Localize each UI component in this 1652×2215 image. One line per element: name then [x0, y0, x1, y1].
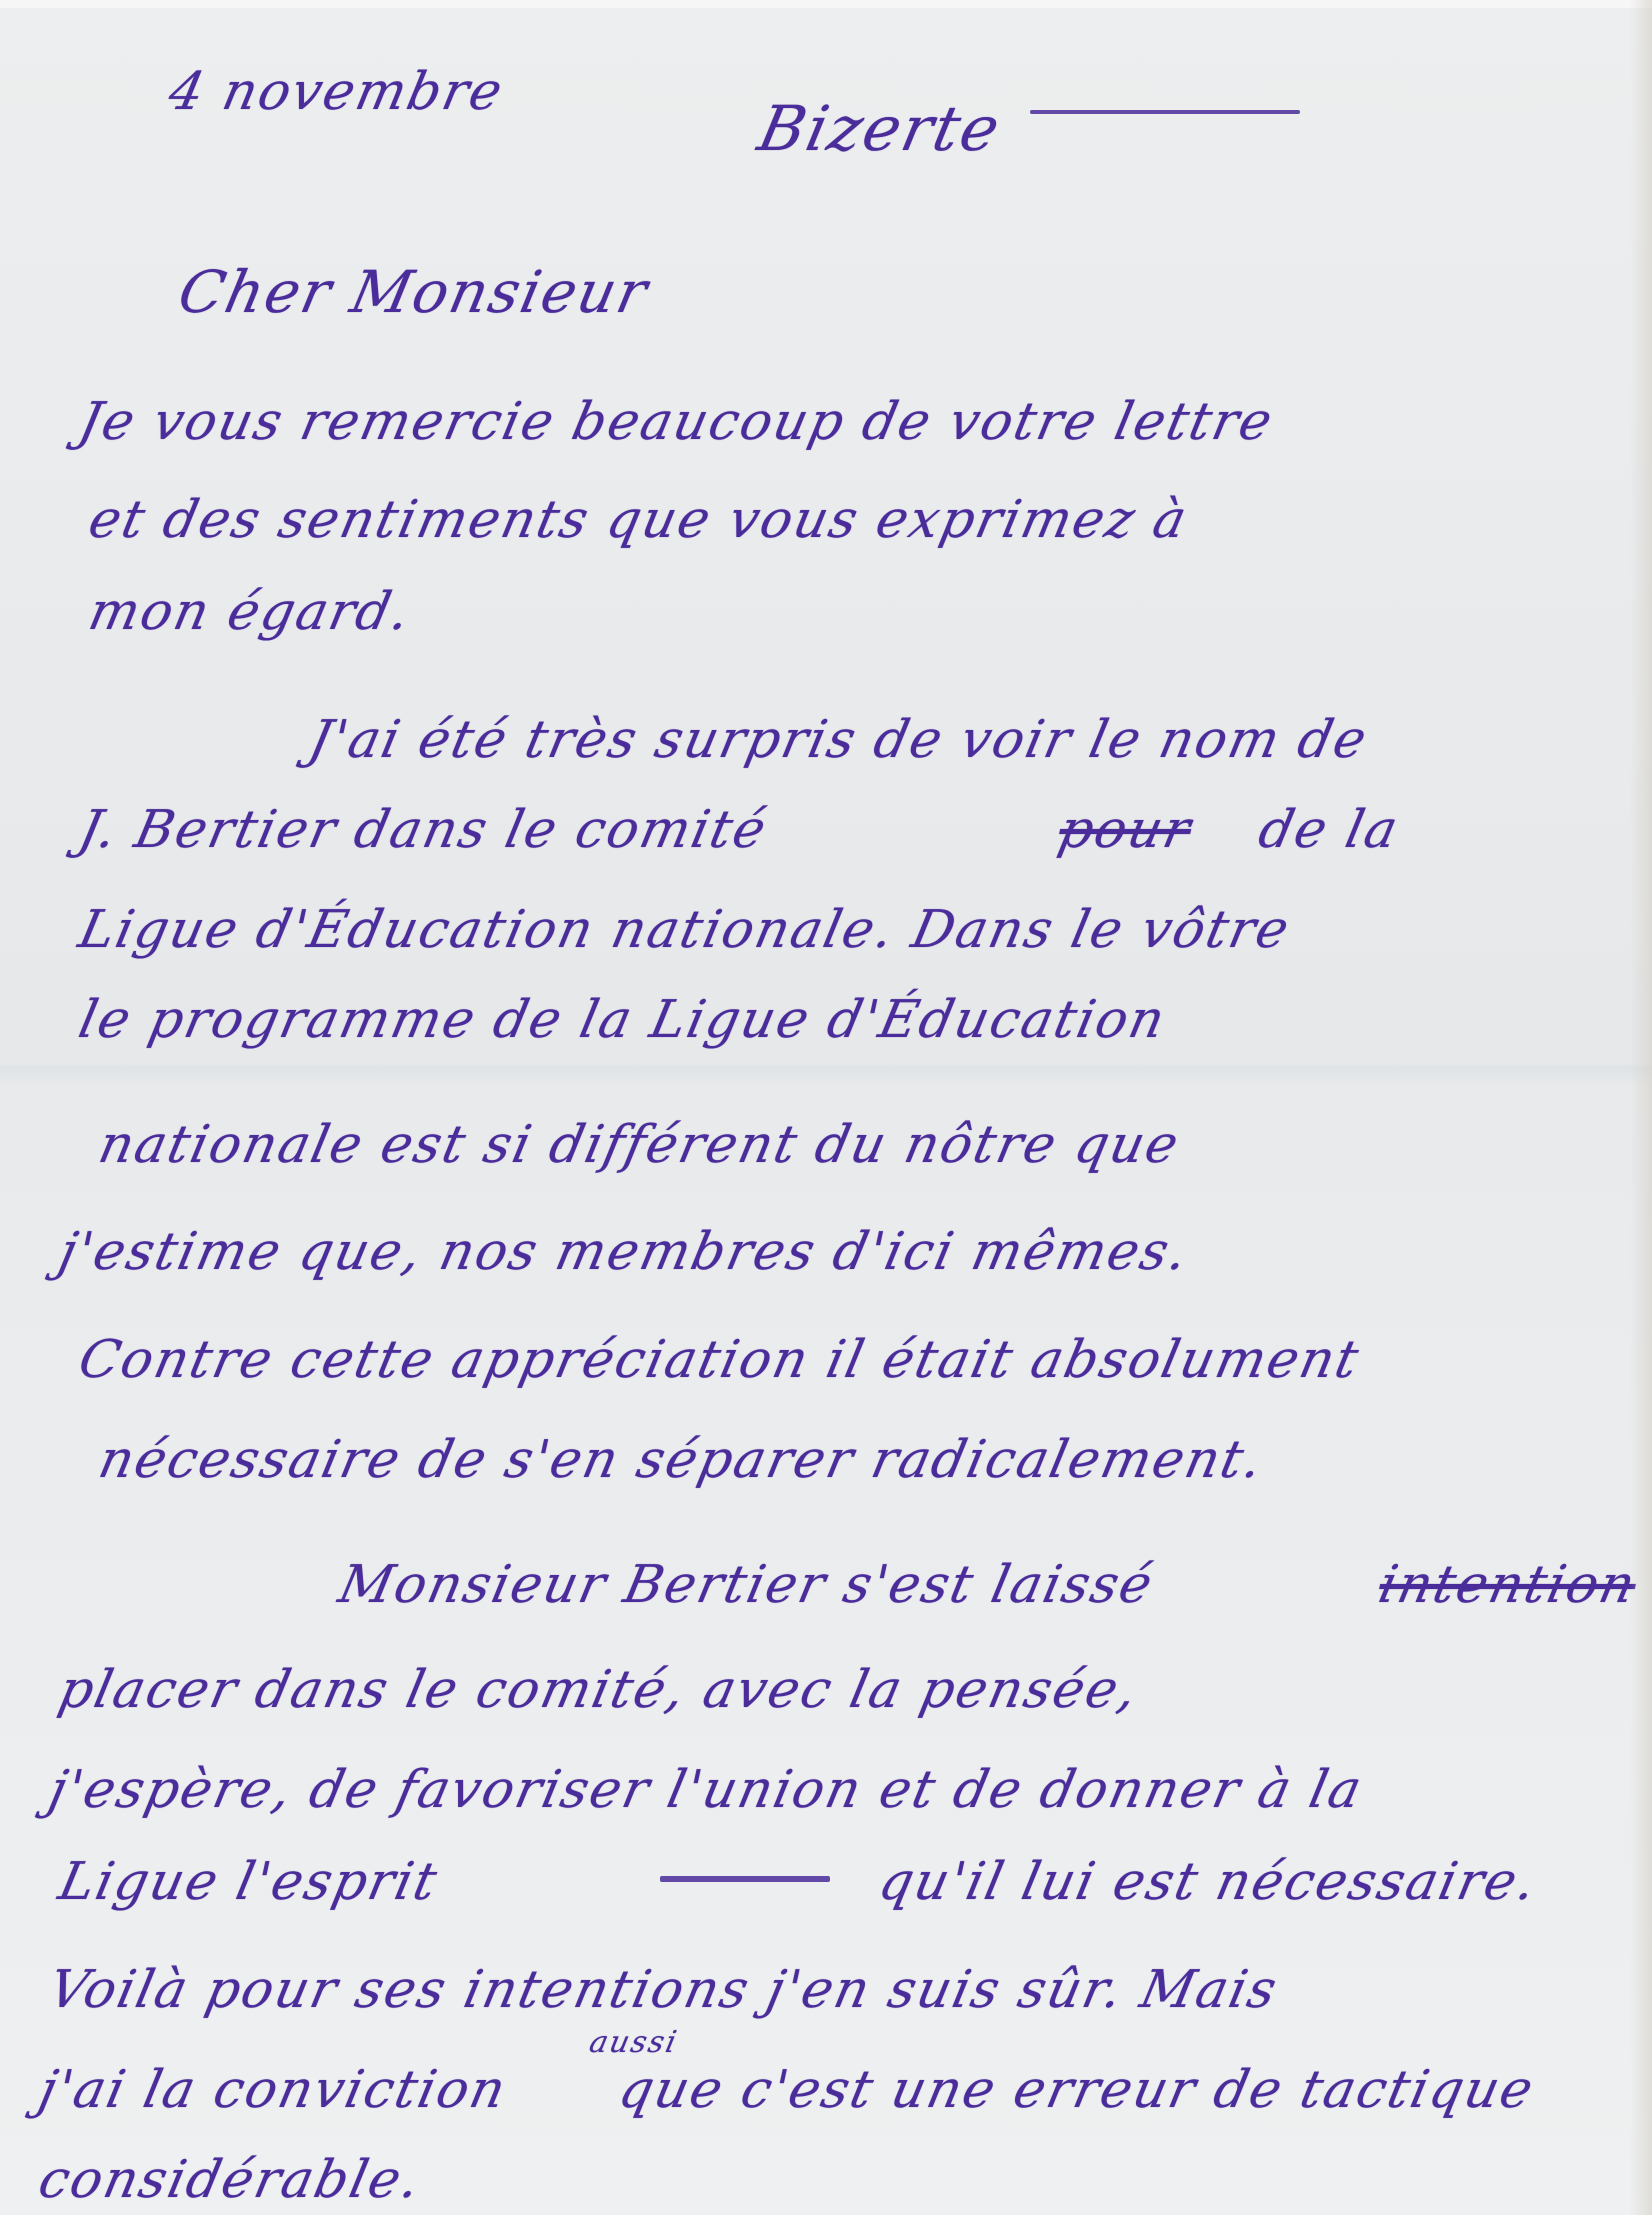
letter-line: qu'il lui est nécessaire. — [874, 1852, 1543, 1912]
letter-line: j'espère, de favoriser l'union et de don… — [44, 1760, 1369, 1820]
letter-line: que c'est une erreur de tactique — [614, 2060, 1540, 2120]
letter-line: nécessaire de s'en séparer radicalement. — [94, 1430, 1270, 1490]
letter-page: 4 novembre Bizerte Cher Monsieur Je vous… — [0, 0, 1652, 2215]
letter-line: mon égard. — [84, 582, 417, 642]
letter-place: Bizerte — [752, 92, 1008, 165]
letter-date: 4 novembre — [164, 62, 510, 122]
letter-line: Voilà pour ses intentions j'en suis sûr.… — [44, 1960, 1284, 2020]
paper-top-edge — [0, 0, 1652, 8]
place-underline — [1030, 110, 1300, 114]
letter-line: nationale est si différent du nôtre que — [94, 1115, 1186, 1175]
strike-mark — [660, 1876, 830, 1882]
letter-line: placer dans le comité, avec la pensée, — [54, 1660, 1144, 1720]
letter-line: Contre cette appréciation il était absol… — [74, 1330, 1366, 1390]
struck-word: pour — [1054, 800, 1198, 860]
letter-line: et des sentiments que vous exprimez à — [84, 490, 1194, 550]
letter-line: Monsieur Bertier s'est laissé — [334, 1555, 1160, 1615]
letter-line: le programme de la Ligue d'Éducation — [74, 990, 1172, 1050]
letter-line: J'ai été très surpris de voir le nom de — [304, 710, 1374, 770]
insertion-above: aussi — [586, 2025, 681, 2060]
salutation: Cher Monsieur — [173, 258, 655, 326]
letter-line: de la — [1254, 800, 1405, 860]
struck-word: intention — [1374, 1555, 1642, 1615]
letter-line: j'ai la conviction — [34, 2060, 513, 2120]
letter-line: j'estime que, nos membres d'ici mêmes. — [54, 1222, 1195, 1282]
letter-line: J. Bertier dans le comité — [74, 800, 773, 860]
letter-line: Ligue l'esprit — [54, 1852, 444, 1912]
letter-line: Ligue d'Éducation nationale. Dans le vôt… — [74, 900, 1296, 960]
letter-line: considérable. — [34, 2150, 427, 2210]
letter-line: Je vous remercie beaucoup de votre lettr… — [74, 392, 1279, 452]
